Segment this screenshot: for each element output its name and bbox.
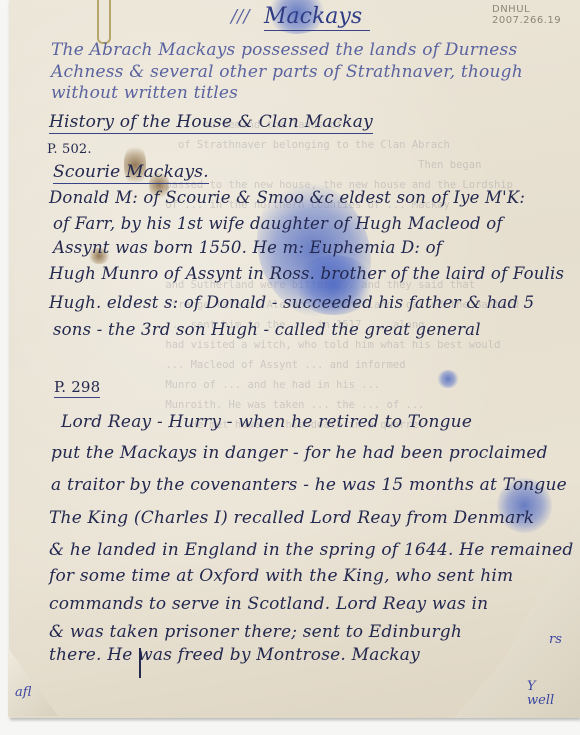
margin-note-right-edge: rs	[549, 632, 562, 647]
intro-line-2: Achness & several other parts of Strathn…	[51, 62, 523, 82]
body-line-3: a traitor by the covenanters - he was 15…	[51, 475, 567, 495]
paperclip	[97, 0, 111, 44]
catalog-number: DNHUL 2007.266.19	[492, 4, 580, 26]
vertical-stroke	[139, 648, 141, 678]
ink-blot-small	[437, 370, 459, 388]
body-line-1: Lord Reay - Hurry - when he retired to T…	[61, 412, 472, 432]
document-title: Mackays	[264, 4, 370, 31]
section-line-4: Hugh Munro of Assynt in Ross. brother of…	[49, 264, 564, 283]
document-page: ... to demand the lands of of Strathnave…	[9, 0, 580, 718]
section-line-5: Hugh. eldest s: of Donald - succeeded hi…	[49, 293, 534, 312]
section-line-1: Donald M: of Scourie & Smoo &c eldest so…	[49, 188, 525, 207]
body-line-2: put the Mackays in danger - for he had b…	[51, 443, 548, 463]
source-heading: History of the House & Clan Mackay	[49, 112, 373, 134]
intro-line-1: The Abrach Mackays possessed the lands o…	[51, 40, 517, 60]
body-line-5: & he landed in England in the spring of …	[49, 540, 573, 560]
section-heading: Scourie Mackays.	[53, 162, 209, 184]
margin-note-bottom-left: afl	[15, 685, 31, 700]
page-ref-298: P. 298	[54, 378, 100, 398]
body-line-7: commands to serve in Scotland. Lord Reay…	[49, 594, 488, 614]
margin-note-bottom-right: Y well	[527, 680, 557, 708]
intro-line-3: without written titles	[51, 83, 238, 103]
page-ref-502: P. 502.	[47, 142, 92, 157]
body-line-9: there. He was freed by Montrose. Mackay	[49, 645, 420, 665]
section-line-2: of Farr, by his 1st wife daughter of Hug…	[53, 214, 503, 233]
body-line-8: & was taken prisoner there; sent to Edin…	[49, 622, 462, 642]
title-mark: ///	[231, 6, 250, 27]
body-line-6: for some time at Oxford with the King, w…	[49, 566, 513, 586]
section-line-6: sons - the 3rd son Hugh - called the gre…	[53, 320, 481, 339]
section-line-3: Assynt was born 1550. He m: Euphemia D: …	[53, 238, 442, 257]
body-line-4: The King (Charles I) recalled Lord Reay …	[49, 508, 534, 528]
